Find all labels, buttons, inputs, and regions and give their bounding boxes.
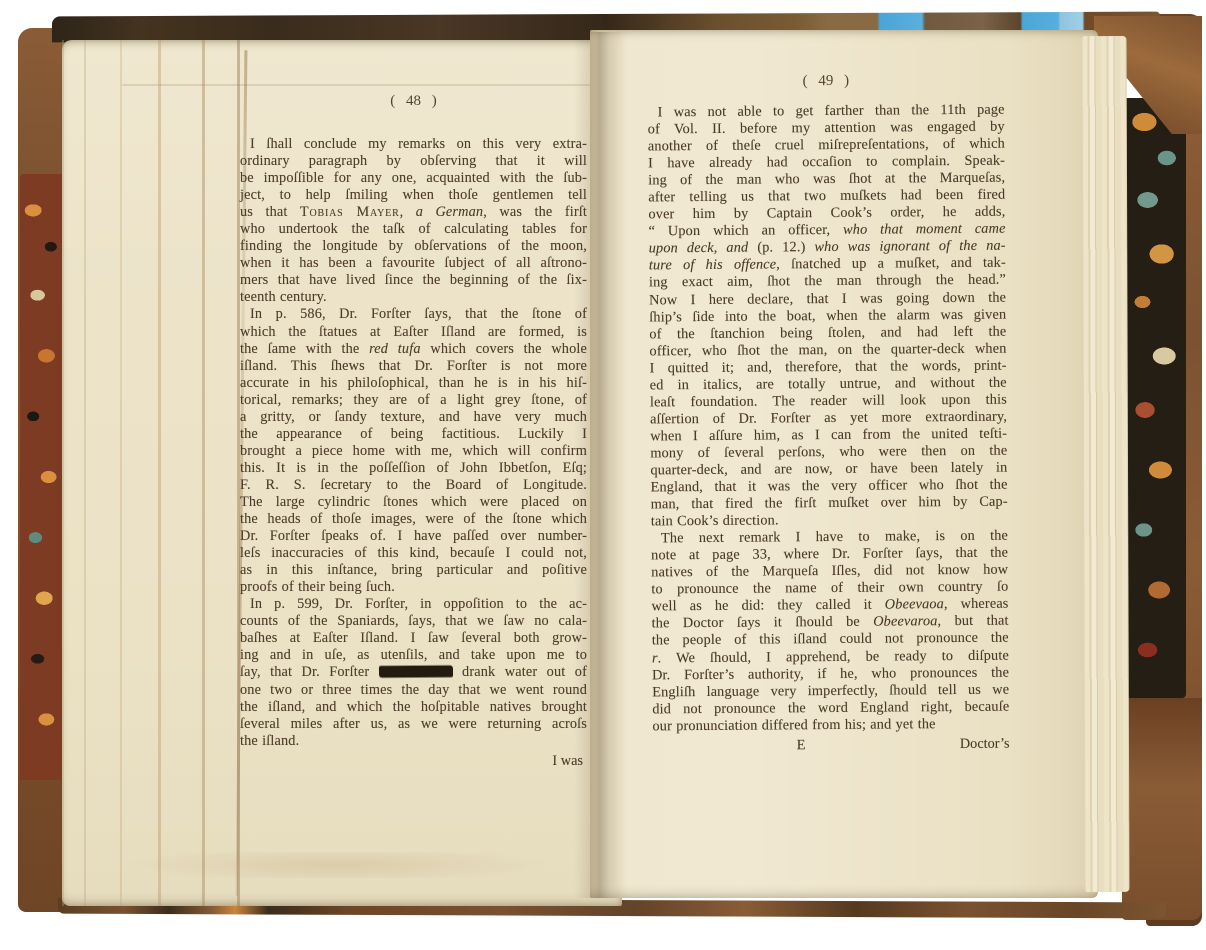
text-line: which the ſtatues at Eaſter Iſland are f…	[240, 324, 587, 341]
text-line: mers that have lived ſince the beginning…	[240, 272, 587, 289]
redaction-mark	[379, 666, 453, 678]
text-line: accurate in his philoſophical, than he i…	[240, 375, 587, 392]
text-line: torical, remarks; they are of a light gr…	[240, 392, 587, 409]
text-line: iſland. This ſhews that Dr. Forſter is n…	[240, 358, 587, 375]
text-line: baſhes at Eaſter Iſland. I ſaw ſeveral b…	[240, 630, 587, 647]
text-line: proofs of their being ſuch.	[240, 579, 587, 596]
open-book: ( 48 ) I ſhall conclude my remarks on th…	[18, 14, 1202, 928]
text-line: man, that fired the firſt muſket over hi…	[651, 494, 1008, 514]
fore-edge-pages	[1083, 36, 1130, 892]
text-line: the iſland, and which the hoſpitable nat…	[240, 699, 587, 716]
text-line: the appearance of being factitious. Luck…	[240, 426, 587, 443]
page-48-number: ( 48 )	[240, 92, 587, 110]
text-line: F. R. S. ſecretary to the Board of Longi…	[240, 477, 587, 494]
page-49-signature: E	[653, 736, 950, 755]
text-line: ject, to help ſmiling when thoſe gentlem…	[240, 187, 587, 204]
text-line: counts of the Spaniards, ſays, that we ſ…	[240, 613, 587, 630]
text-line: Dr. Forſter ſpeaks of. I have paſſed ove…	[240, 528, 587, 545]
text-line: ſeveral miles after us, as we were retur…	[240, 716, 587, 733]
page-49-text: ( 49 ) I was not able to get farther tha…	[647, 71, 1009, 756]
text-line: the iſland.	[240, 733, 587, 750]
text-line: when it has been a favourite ſubject of …	[240, 255, 587, 272]
paper-stain	[82, 852, 592, 878]
text-line: the heads of thoſe images, were of the ſ…	[240, 511, 587, 528]
text-line: The large cylindric ſtones which were pl…	[240, 494, 587, 511]
text-line: the ſame with the red tufa which covers …	[240, 341, 587, 358]
text-line: ſay, that Dr. Forſter drank water out of	[240, 664, 587, 681]
text-line: our pronunciation differed from his; and…	[652, 715, 1009, 735]
page-48-body: I ſhall conclude my remarks on this very…	[240, 136, 587, 750]
photo-background: ( 48 ) I ſhall conclude my remarks on th…	[0, 0, 1206, 950]
text-line: I ſhall conclude my remarks on this very…	[240, 136, 587, 153]
left-marbled-endpaper	[20, 174, 64, 780]
right-marbled-endpaper	[1122, 98, 1186, 698]
torn-page-edges	[62, 40, 252, 906]
text-line: be impoſſible for any one, acquainted wi…	[240, 170, 587, 187]
text-line: ordinary paragraph by obſerving that it …	[240, 153, 587, 170]
text-line: leſs inaccuracies of this kind, becauſe …	[240, 545, 587, 562]
text-line: did not pronounce the word England right…	[652, 698, 1009, 718]
page-49-catchword: Doctor’s	[960, 735, 1010, 752]
page-48-text: ( 48 ) I ſhall conclude my remarks on th…	[240, 92, 587, 770]
page-49-number: ( 49 )	[647, 71, 1004, 92]
text-line: ing and in uſe, as utenſils, and take up…	[240, 647, 587, 664]
page-49-signature-row: E Doctor’s	[653, 735, 1010, 755]
text-line: teenth century.	[240, 289, 587, 306]
text-line: In p. 599, Dr. Forſter, in oppoſition to…	[240, 596, 587, 613]
text-line: a gritty, or ſandy texture, and have ver…	[240, 409, 587, 426]
page-49-body: I was not able to get farther than the 1…	[648, 102, 1010, 736]
right-cover-corner-bottom	[1122, 698, 1202, 920]
text-line: finding the longitude by obſervations of…	[240, 238, 587, 255]
text-line: who undertook the taſk of calculating ta…	[240, 221, 587, 238]
text-line: as in this inſtance, bring particular an…	[240, 562, 587, 579]
text-line: this. It is in the poſſeſſion of John Ib…	[240, 460, 587, 477]
page-crease	[122, 84, 642, 86]
page-48-catchword: I was	[240, 753, 587, 770]
text-line: In p. 586, Dr. Forſter ſays, that the ſt…	[240, 306, 587, 323]
text-line: one two or three times the day that we w…	[240, 682, 587, 699]
text-line: us that Tobias Mayer, a German, was the …	[240, 204, 587, 221]
text-line: brought a piece home with me, which will…	[240, 443, 587, 460]
